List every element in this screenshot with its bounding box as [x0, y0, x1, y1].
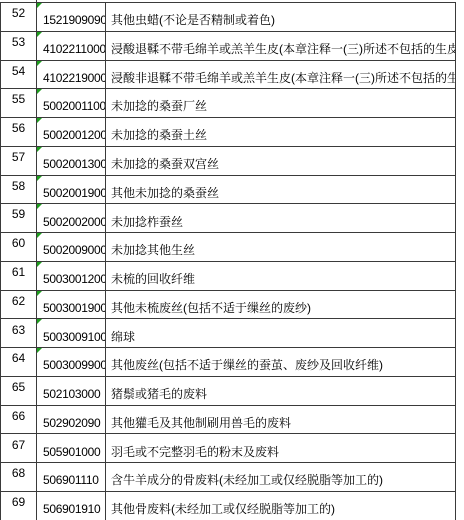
- description-cell-text: 猪鬃或猪毛的废料: [111, 388, 207, 401]
- description-cell-text: 未加捻的桑蚕厂丝: [111, 100, 207, 113]
- description-cell[interactable]: 猪鬃或猪毛的废料: [106, 377, 456, 405]
- hs-code-cell-text: 5002001300: [43, 158, 106, 171]
- row-number-cell-text: 59: [12, 208, 25, 221]
- hs-code-cell-text: 1521909090: [43, 14, 106, 27]
- row-number-cell-text: 61: [12, 266, 25, 279]
- hs-code-cell-text: 5003001900: [43, 302, 106, 315]
- description-cell[interactable]: 浸酸非退鞣不带毛绵羊或羔羊生皮(本章注释一(三)所述不包括的生皮除外): [106, 61, 456, 89]
- hs-code-cell[interactable]: 1521909090: [37, 3, 106, 31]
- row-number-cell-text: 56: [12, 122, 25, 135]
- hs-code-cell[interactable]: 502103000: [37, 377, 106, 405]
- description-cell[interactable]: 其他未梳废丝(包括不适于缫丝的废纱): [106, 291, 456, 319]
- hs-code-cell[interactable]: 4102211000: [37, 32, 106, 60]
- description-cell-text: 其他骨废料(未经加工或仅经脱脂等加工的): [111, 503, 335, 516]
- row-number-cell[interactable]: 58: [1, 176, 37, 204]
- tariff-code-table: 521521909090其他虫蜡(不论是否精制或着色)534102211000浸…: [0, 2, 456, 520]
- table-row: 585002001900其他未加捻的桑蚕丝: [1, 176, 456, 205]
- description-cell-text: 其他废丝(包括不适于缫丝的蚕茧、废纱及回收纤维): [111, 359, 383, 372]
- row-number-cell[interactable]: 61: [1, 262, 37, 290]
- hs-code-cell[interactable]: 5002001900: [37, 176, 106, 204]
- hs-code-cell-text: 4102211000: [43, 43, 106, 56]
- description-cell[interactable]: 未加捻的桑蚕厂丝: [106, 89, 456, 117]
- text-as-number-indicator-icon: [37, 32, 42, 37]
- row-number-cell-text: 52: [12, 7, 25, 20]
- row-number-cell[interactable]: 66: [1, 406, 37, 434]
- row-number-cell[interactable]: 54: [1, 61, 37, 89]
- table-row: 67505901000羽毛或不完整羽毛的粉末及废料: [1, 434, 456, 463]
- hs-code-cell[interactable]: 506901910: [37, 492, 106, 520]
- spreadsheet-view: 521521909090其他虫蜡(不论是否精制或着色)534102211000浸…: [0, 0, 464, 520]
- table-row: 68506901110含牛羊成分的骨废料(未经加工或仅经脱脂等加工的): [1, 463, 456, 492]
- description-cell-text: 其他未加捻的桑蚕丝: [111, 187, 219, 200]
- table-row: 66502902090其他獾毛及其他制刷用兽毛的废料: [1, 406, 456, 435]
- row-number-cell-text: 67: [12, 439, 25, 452]
- table-row: 595002002000未加捻柞蚕丝: [1, 204, 456, 233]
- hs-code-cell-text: 5003001200: [43, 273, 106, 286]
- table-row: 575002001300未加捻的桑蚕双宫丝: [1, 147, 456, 176]
- description-cell-text: 其他虫蜡(不论是否精制或着色): [111, 14, 275, 27]
- text-as-number-indicator-icon: [37, 319, 42, 324]
- hs-code-cell[interactable]: 5002002000: [37, 204, 106, 232]
- table-body: 521521909090其他虫蜡(不论是否精制或着色)534102211000浸…: [1, 3, 456, 520]
- row-number-cell[interactable]: 55: [1, 89, 37, 117]
- hs-code-cell-text: 5002009000: [43, 244, 106, 257]
- hs-code-cell-text: 505901000: [43, 446, 100, 459]
- text-as-number-indicator-icon: [37, 348, 42, 353]
- row-number-cell-text: 62: [12, 295, 25, 308]
- row-number-cell[interactable]: 67: [1, 434, 37, 462]
- description-cell-text: 其他獾毛及其他制刷用兽毛的废料: [111, 417, 291, 430]
- hs-code-cell[interactable]: 5002001300: [37, 147, 106, 175]
- row-number-cell-text: 68: [12, 467, 25, 480]
- description-cell[interactable]: 其他未加捻的桑蚕丝: [106, 176, 456, 204]
- row-number-cell[interactable]: 69: [1, 492, 37, 520]
- table-row: 69506901910其他骨废料(未经加工或仅经脱脂等加工的): [1, 492, 456, 520]
- text-as-number-indicator-icon: [37, 233, 42, 238]
- text-as-number-indicator-icon: [37, 291, 42, 296]
- description-cell[interactable]: 未加捻的桑蚕土丝: [106, 118, 456, 146]
- row-number-cell[interactable]: 57: [1, 147, 37, 175]
- hs-code-cell-text: 506901110: [43, 474, 99, 487]
- hs-code-cell[interactable]: 5003001200: [37, 262, 106, 290]
- hs-code-cell[interactable]: 5003009100: [37, 319, 106, 347]
- row-number-cell-text: 65: [12, 381, 25, 394]
- hs-code-cell[interactable]: 5003001900: [37, 291, 106, 319]
- text-as-number-indicator-icon: [37, 118, 42, 123]
- hs-code-cell-text: 5002001200: [43, 129, 106, 142]
- text-as-number-indicator-icon: [37, 61, 42, 66]
- description-cell-text: 未加捻其他生丝: [111, 244, 195, 257]
- row-number-cell[interactable]: 68: [1, 463, 37, 491]
- description-cell[interactable]: 含牛羊成分的骨废料(未经加工或仅经脱脂等加工的): [106, 463, 456, 491]
- text-as-number-indicator-icon: [37, 147, 42, 152]
- description-cell-text: 羽毛或不完整羽毛的粉末及废料: [111, 446, 279, 459]
- row-number-cell-text: 54: [12, 65, 25, 78]
- hs-code-cell[interactable]: 502902090: [37, 406, 106, 434]
- description-cell-text: 绵球: [111, 331, 135, 344]
- description-cell[interactable]: 未加捻柞蚕丝: [106, 204, 456, 232]
- table-row: 65502103000猪鬃或猪毛的废料: [1, 377, 456, 406]
- hs-code-cell[interactable]: 505901000: [37, 434, 106, 462]
- description-cell[interactable]: 未加捻其他生丝: [106, 233, 456, 261]
- table-row: 534102211000浸酸退鞣不带毛绵羊或羔羊生皮(本章注释一(三)所述不包括…: [1, 32, 456, 61]
- row-number-cell-text: 64: [12, 352, 25, 365]
- row-number-cell[interactable]: 62: [1, 291, 37, 319]
- table-row: 605002009000未加捻其他生丝: [1, 233, 456, 262]
- description-cell-text: 浸酸退鞣不带毛绵羊或羔羊生皮(本章注释一(三)所述不包括的生皮除外): [111, 43, 456, 56]
- hs-code-cell[interactable]: 5002009000: [37, 233, 106, 261]
- description-cell-text: 含牛羊成分的骨废料(未经加工或仅经脱脂等加工的): [111, 474, 383, 487]
- hs-code-cell-text: 5003009900: [43, 359, 106, 372]
- hs-code-cell[interactable]: 506901110: [37, 463, 106, 491]
- description-cell[interactable]: 绵球: [106, 319, 456, 347]
- description-cell[interactable]: 羽毛或不完整羽毛的粉末及废料: [106, 434, 456, 462]
- row-number-cell-text: 66: [12, 410, 25, 423]
- description-cell[interactable]: 其他獾毛及其他制刷用兽毛的废料: [106, 406, 456, 434]
- description-cell-text: 未梳的回收纤维: [111, 273, 195, 286]
- table-row: 625003001900其他未梳废丝(包括不适于缫丝的废纱): [1, 291, 456, 320]
- description-cell-text: 浸酸非退鞣不带毛绵羊或羔羊生皮(本章注释一(三)所述不包括的生皮除外): [111, 72, 456, 85]
- description-cell[interactable]: 其他骨废料(未经加工或仅经脱脂等加工的): [106, 492, 456, 520]
- row-number-cell-text: 55: [12, 93, 25, 106]
- hs-code-cell[interactable]: 5002001100: [37, 89, 106, 117]
- text-as-number-indicator-icon: [37, 262, 42, 267]
- description-cell[interactable]: 其他虫蜡(不论是否精制或着色): [106, 3, 456, 31]
- table-row: 565002001200未加捻的桑蚕土丝: [1, 118, 456, 147]
- hs-code-cell[interactable]: 5002001200: [37, 118, 106, 146]
- description-cell[interactable]: 未梳的回收纤维: [106, 262, 456, 290]
- row-number-cell-text: 53: [12, 36, 25, 49]
- table-row: 521521909090其他虫蜡(不论是否精制或着色): [1, 3, 456, 32]
- hs-code-cell-text: 5002001100: [43, 100, 106, 113]
- hs-code-cell-text: 502902090: [43, 417, 100, 430]
- table-row: 615003001200未梳的回收纤维: [1, 262, 456, 291]
- table-row: 555002001100未加捻的桑蚕厂丝: [1, 89, 456, 118]
- hs-code-cell-text: 5002002000: [43, 216, 106, 229]
- description-cell-text: 未加捻的桑蚕土丝: [111, 129, 207, 142]
- hs-code-cell[interactable]: 4102219000: [37, 61, 106, 89]
- row-number-cell-text: 69: [12, 496, 25, 509]
- row-number-cell[interactable]: 65: [1, 377, 37, 405]
- row-number-cell[interactable]: 60: [1, 233, 37, 261]
- row-number-cell[interactable]: 52: [1, 3, 37, 31]
- table-row: 635003009100绵球: [1, 319, 456, 348]
- text-as-number-indicator-icon: [37, 3, 42, 8]
- row-number-cell[interactable]: 59: [1, 204, 37, 232]
- hs-code-cell-text: 4102219000: [43, 72, 106, 85]
- description-cell[interactable]: 浸酸退鞣不带毛绵羊或羔羊生皮(本章注释一(三)所述不包括的生皮除外): [106, 32, 456, 60]
- description-cell-text: 未加捻的桑蚕双宫丝: [111, 158, 219, 171]
- hs-code-cell-text: 506901910: [43, 503, 100, 516]
- text-as-number-indicator-icon: [37, 89, 42, 94]
- text-as-number-indicator-icon: [37, 204, 42, 209]
- row-number-cell-text: 58: [12, 180, 25, 193]
- row-number-cell[interactable]: 64: [1, 348, 37, 376]
- description-cell-text: 其他未梳废丝(包括不适于缫丝的废纱): [111, 302, 311, 315]
- hs-code-cell-text: 5002001900: [43, 187, 106, 200]
- table-row: 544102219000浸酸非退鞣不带毛绵羊或羔羊生皮(本章注释一(三)所述不包…: [1, 61, 456, 90]
- row-number-cell[interactable]: 56: [1, 118, 37, 146]
- row-number-cell-text: 60: [12, 237, 25, 250]
- hs-code-cell[interactable]: 5003009900: [37, 348, 106, 376]
- text-as-number-indicator-icon: [37, 176, 42, 181]
- description-cell[interactable]: 未加捻的桑蚕双宫丝: [106, 147, 456, 175]
- hs-code-cell-text: 5003009100: [43, 331, 106, 344]
- description-cell[interactable]: 其他废丝(包括不适于缫丝的蚕茧、废纱及回收纤维): [106, 348, 456, 376]
- table-row: 645003009900其他废丝(包括不适于缫丝的蚕茧、废纱及回收纤维): [1, 348, 456, 377]
- row-number-cell[interactable]: 63: [1, 319, 37, 347]
- description-cell-text: 未加捻柞蚕丝: [111, 216, 183, 229]
- hs-code-cell-text: 502103000: [43, 388, 100, 401]
- row-number-cell-text: 57: [12, 151, 25, 164]
- row-number-cell[interactable]: 53: [1, 32, 37, 60]
- row-number-cell-text: 63: [12, 324, 25, 337]
